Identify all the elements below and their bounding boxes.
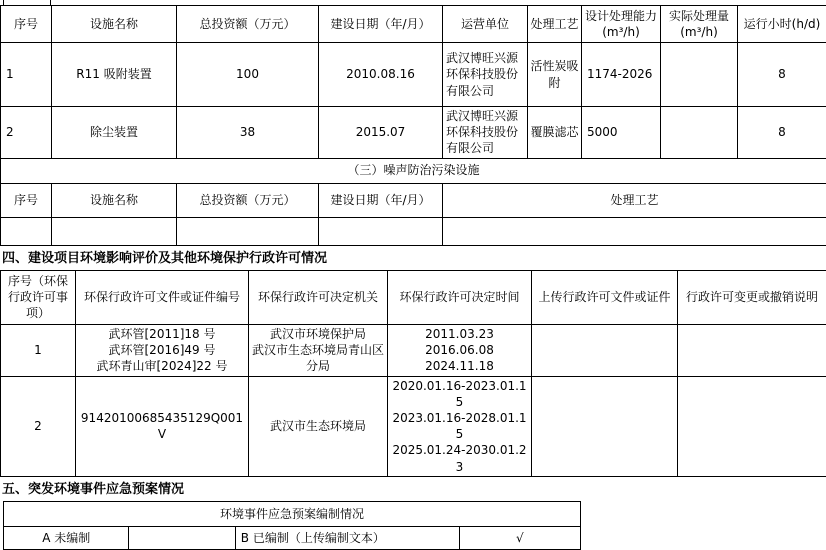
col-header-build-date: 建设日期（年/月） — [319, 6, 443, 43]
cell-permit-doc-no: 武环管[2011]18 号 武环管[2016]49 号 武环青山审[2024]2… — [76, 324, 249, 376]
cell-actual-volume — [661, 43, 738, 107]
cell-investment: 38 — [177, 107, 319, 159]
col-header-permit-no: 序号（环保行政许可事项） — [1, 270, 76, 324]
cell-design-capacity: 5000 — [582, 107, 661, 159]
cell-permit-agency: 武汉市环境保护局 武汉市生态环境局青山区分局 — [249, 324, 388, 376]
cell-permit-upload — [532, 376, 678, 476]
cell-design-capacity: 1174-2026 — [582, 43, 661, 107]
col-header-name: 设施名称 — [52, 6, 177, 43]
cutoff-row-border-tick — [50, 0, 51, 5]
facility-header-row: 序号 设施名称 总投资额（万元） 建设日期（年/月） 运营单位 处理工艺 设计处… — [1, 6, 826, 43]
facility-table: 序号 设施名称 总投资额（万元） 建设日期（年/月） 运营单位 处理工艺 设计处… — [0, 5, 826, 246]
cell-permit-time: 2011.03.23 2016.06.08 2024.11.18 — [388, 324, 532, 376]
section4-heading: 四、建设项目环境影响评价及其他环境保护行政许可情况 — [2, 252, 826, 265]
cell-facility-name: R11 吸附装置 — [52, 43, 177, 107]
cell-investment — [177, 217, 319, 245]
cell-investment: 100 — [177, 43, 319, 107]
cell-build-date — [319, 217, 443, 245]
col-header-permit-change: 行政许可变更或撤销说明 — [678, 270, 826, 324]
col-header-investment: 总投资额（万元） — [177, 183, 319, 217]
col-header-operator: 运营单位 — [443, 6, 528, 43]
noise-header-row: 序号 设施名称 总投资额（万元） 建设日期（年/月） 处理工艺 — [1, 183, 826, 217]
section5-heading: 五、突发环境事件应急预案情况 — [2, 483, 826, 496]
emergency-plan-table: 环境事件应急预案编制情况 A 未编制 B 已编制（上传编制文本） √ — [3, 501, 581, 550]
col-header-permit-agency: 环保行政许可决定机关 — [249, 270, 388, 324]
cell-no — [1, 217, 52, 245]
facility-row: 1 R11 吸附装置 100 2010.08.16 武汉博旺兴源环保科技股份有限… — [1, 43, 826, 107]
cutoff-row-border-tick — [3, 0, 4, 5]
emergency-table-title: 环境事件应急预案编制情况 — [4, 501, 581, 526]
cell-permit-time: 2020.01.16-2023.01.15 2023.01.16-2028.01… — [388, 376, 532, 476]
cell-no: 1 — [1, 43, 52, 107]
col-header-build-date: 建设日期（年/月） — [319, 183, 443, 217]
cell-permit-no: 1 — [1, 324, 76, 376]
cell-facility-name — [52, 217, 177, 245]
permit-header-row: 序号（环保行政许可事项） 环保行政许可文件或证件编号 环保行政许可决定机关 环保… — [1, 270, 826, 324]
noise-section-title-row: （三）噪声防治污染设施 — [1, 158, 826, 183]
environmental-report-document: 序号 设施名称 总投资额（万元） 建设日期（年/月） 运营单位 处理工艺 设计处… — [0, 0, 826, 550]
cell-process: 覆膜滤芯 — [528, 107, 582, 159]
facility-row: 2 除尘装置 38 2015.07 武汉博旺兴源环保科技股份有限公司 覆膜滤芯 … — [1, 107, 826, 159]
option-b-label: B 已编制（上传编制文本） — [235, 526, 459, 549]
col-header-process: 处理工艺 — [443, 183, 826, 217]
cell-permit-no: 2 — [1, 376, 76, 476]
cell-process: 活性炭吸附 — [528, 43, 582, 107]
col-header-name: 设施名称 — [52, 183, 177, 217]
col-header-process: 处理工艺 — [528, 6, 582, 43]
col-header-design-capacity: 设计处理能力(m³/h) — [582, 6, 661, 43]
col-header-no: 序号 — [1, 6, 52, 43]
cell-permit-doc-no: 91420100685435129Q001V — [76, 376, 249, 476]
option-a-label: A 未编制 — [4, 526, 129, 549]
cell-run-hours: 8 — [738, 107, 826, 159]
cell-build-date: 2015.07 — [319, 107, 443, 159]
cell-build-date: 2010.08.16 — [319, 43, 443, 107]
permit-row: 2 91420100685435129Q001V 武汉市生态环境局 2020.0… — [1, 376, 826, 476]
noise-empty-row — [1, 217, 826, 245]
col-header-run-hours: 运行小时(h/d) — [738, 6, 826, 43]
cell-permit-change — [678, 376, 826, 476]
col-header-actual-volume: 实际处理量(m³/h) — [661, 6, 738, 43]
permit-row: 1 武环管[2011]18 号 武环管[2016]49 号 武环青山审[2024… — [1, 324, 826, 376]
cell-operator: 武汉博旺兴源环保科技股份有限公司 — [443, 43, 528, 107]
cell-permit-upload — [532, 324, 678, 376]
option-b-value-checkmark: √ — [459, 526, 580, 549]
cell-permit-change — [678, 324, 826, 376]
cell-no: 2 — [1, 107, 52, 159]
cell-operator: 武汉博旺兴源环保科技股份有限公司 — [443, 107, 528, 159]
cell-permit-agency: 武汉市生态环境局 — [249, 376, 388, 476]
cell-facility-name: 除尘装置 — [52, 107, 177, 159]
cell-process — [443, 217, 826, 245]
cell-run-hours: 8 — [738, 43, 826, 107]
cell-actual-volume — [661, 107, 738, 159]
emergency-table-title-row: 环境事件应急预案编制情况 — [4, 501, 581, 526]
col-header-permit-doc-no: 环保行政许可文件或证件编号 — [76, 270, 249, 324]
emergency-option-row: A 未编制 B 已编制（上传编制文本） √ — [4, 526, 581, 549]
noise-section-title: （三）噪声防治污染设施 — [1, 158, 826, 183]
col-header-investment: 总投资额（万元） — [177, 6, 319, 43]
col-header-no: 序号 — [1, 183, 52, 217]
col-header-permit-upload: 上传行政许可文件或证件 — [532, 270, 678, 324]
col-header-permit-time: 环保行政许可决定时间 — [388, 270, 532, 324]
option-a-value — [129, 526, 235, 549]
permit-table: 序号（环保行政许可事项） 环保行政许可文件或证件编号 环保行政许可决定机关 环保… — [0, 270, 826, 477]
